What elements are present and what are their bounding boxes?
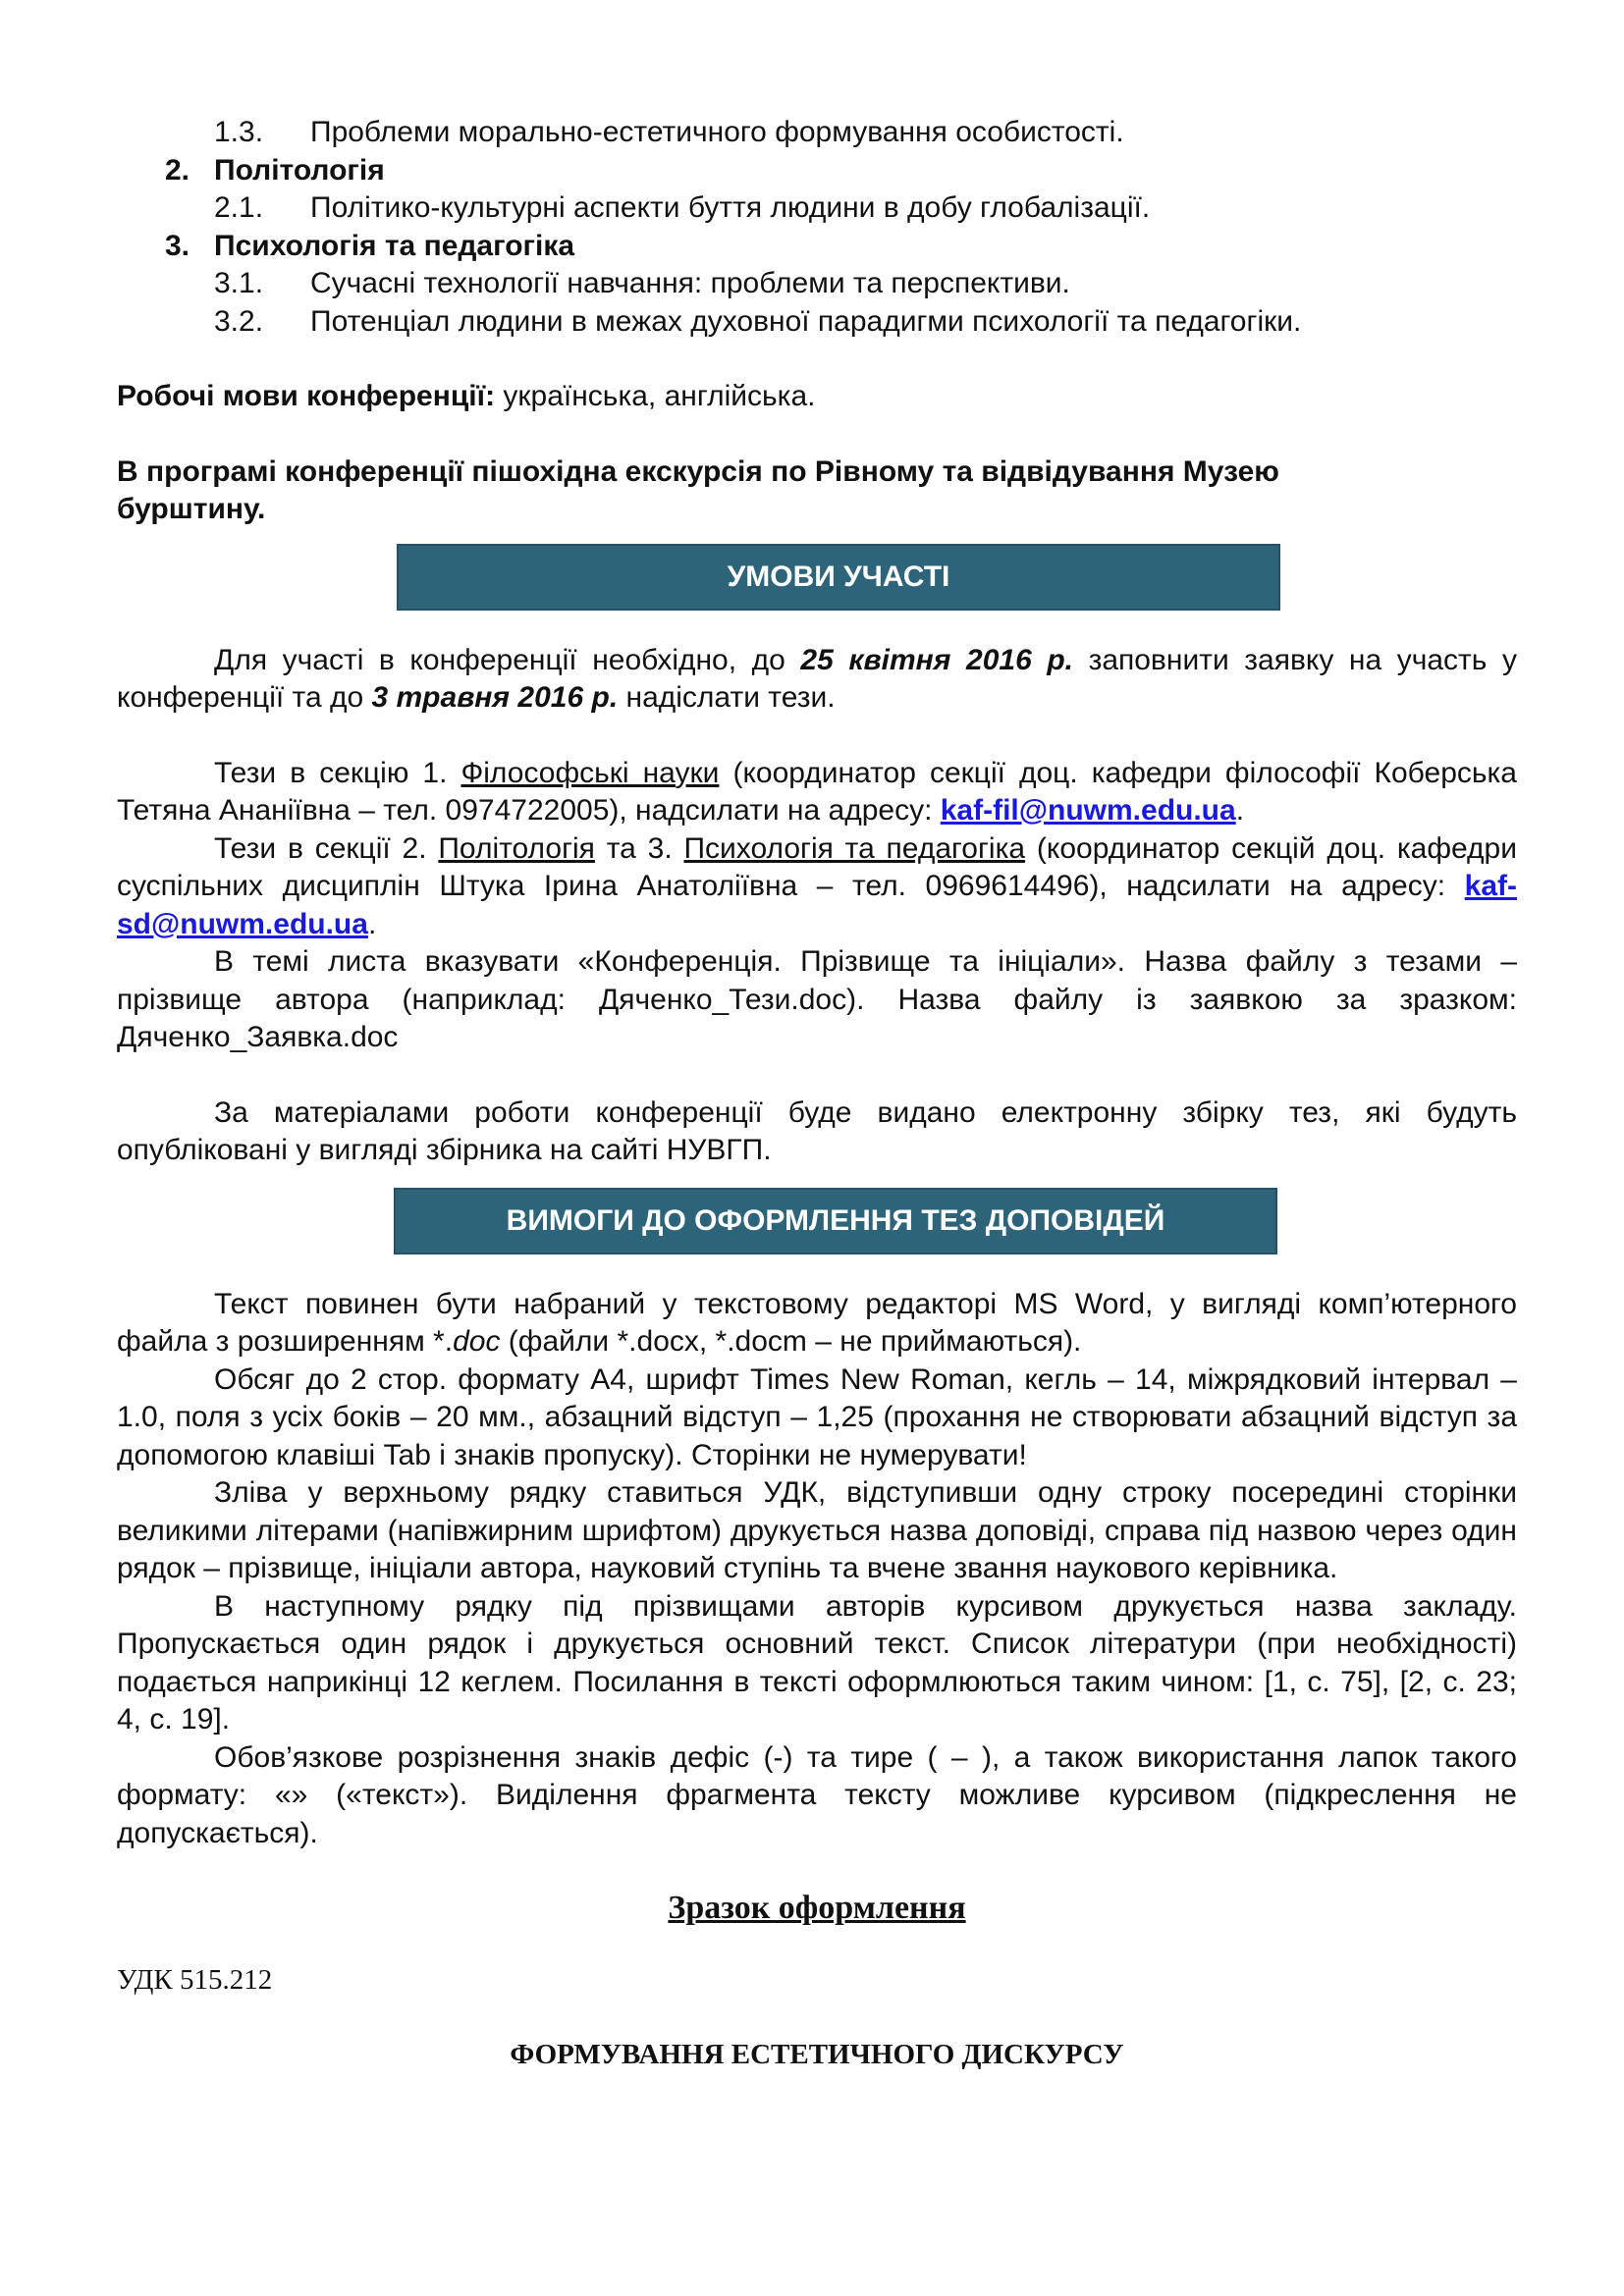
topic-section-3: 3. Психологія та педагогіка <box>117 228 1517 266</box>
section-1-submission: Тези в секцію 1. Філософські науки (коор… <box>117 755 1517 830</box>
topic-item-2-1: 2.1. Політико-культурні аспекти буття лю… <box>117 189 1517 228</box>
working-languages: Робочі мови конференції: українська, анг… <box>117 378 1517 416</box>
requirement-body: В наступному рядку під прізвищами авторі… <box>117 1588 1517 1739</box>
excursion-note: В програмі конференції пішохідна екскурс… <box>117 454 1305 529</box>
requirement-format: Текст повинен бути набраний у текстовому… <box>117 1286 1517 1362</box>
topic-item-3-1: 3.1. Сучасні технології навчання: пробле… <box>117 265 1517 303</box>
requirements-banner: ВИМОГИ ДО ОФОРМЛЕННЯ ТЕЗ ДОПОВІДЕЙ <box>394 1188 1277 1255</box>
sample-paper-title: ФОРМУВАННЯ ЕСТЕТИЧНОГО ДИСКУРСУ <box>117 2036 1517 2074</box>
requirement-punctuation: Обов’язкове розрізнення знаків дефіс (-)… <box>117 1739 1517 1853</box>
topic-item-1-3: 1.3. Проблеми морально-естетичного форму… <box>117 114 1517 152</box>
section-2-3-submission: Тези в секції 2. Політологія та 3. Психо… <box>117 830 1517 944</box>
email-subject-instructions: В темі листа вказувати «Конференція. Прі… <box>117 943 1517 1057</box>
conditions-deadlines: Для участі в конференції необхідно, до 2… <box>117 642 1517 718</box>
publication-note: За матеріалами роботи конференції буде в… <box>117 1095 1517 1170</box>
topic-item-3-2: 3.2. Потенціал людини в межах духовної п… <box>117 303 1517 342</box>
conditions-banner: УМОВИ УЧАСТІ <box>397 544 1280 611</box>
requirement-header: Зліва у верхньому рядку ставиться УДК, в… <box>117 1474 1517 1588</box>
sample-udk: УДК 515.212 <box>117 1961 1517 2000</box>
sample-heading: Зразок оформлення <box>117 1890 1517 1928</box>
document-page: 1.3. Проблеми морально-естетичного форму… <box>117 114 1517 2074</box>
email-link-kaf-fil[interactable]: kaf-fil@nuwm.edu.ua <box>941 794 1236 827</box>
requirement-size: Обсяг до 2 стор. формату А4, шрифт Times… <box>117 1362 1517 1475</box>
topic-section-2: 2. Політологія <box>117 152 1517 190</box>
